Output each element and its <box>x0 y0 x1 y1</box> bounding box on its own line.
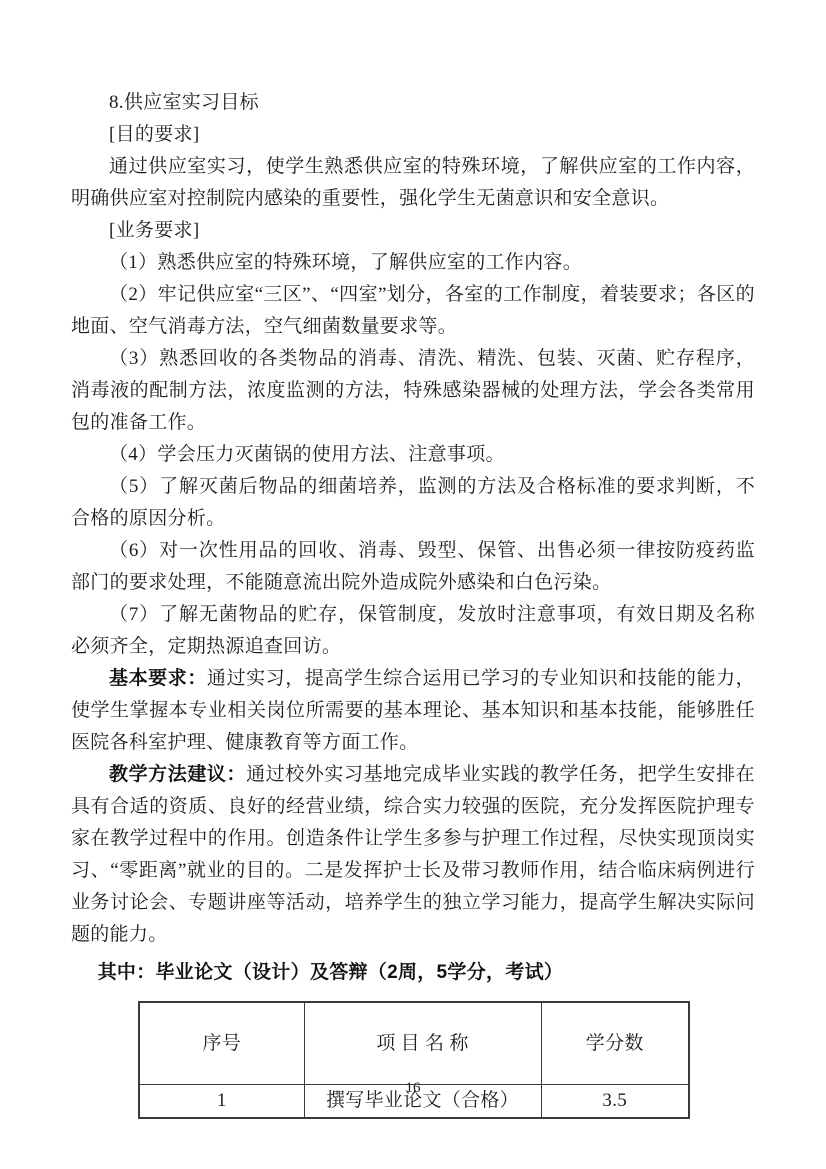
thesis-defense-line: 其中：毕业论文（设计）及答辩（2周，5学分，考试） <box>71 957 755 989</box>
teaching-method-label: 教学方法建议： <box>109 764 246 785</box>
purpose-paragraph: 通过供应室实习，使学生熟悉供应室的特殊环境，了解供应室的工作内容，明确供应室对控… <box>71 151 755 215</box>
requirement-item-6: （6）对一次性用品的回收、消毒、毁型、保管、出售必须一律按防疫药监部门的要求处理… <box>71 535 755 599</box>
requirement-item-3: （3）熟悉回收的各类物品的消毒、清洗、精洗、包装、灭菌、贮存程序，消毒液的配制方… <box>71 343 755 439</box>
section-title: 8.供应室实习目标 <box>71 87 755 119</box>
teaching-method-text: 通过校外实习基地完成毕业实践的教学任务，把学生安排在具有合适的资质、良好的经营业… <box>71 764 755 945</box>
credits-table: 序号 项 目 名 称 学分数 1 撰写毕业论文（合格） 3.5 <box>138 1001 690 1119</box>
requirement-item-7: （7）了解无菌物品的贮存，保管制度，发放时注意事项，有效日期及名称必须齐全，定期… <box>71 599 755 663</box>
requirement-item-5: （5）了解灭菌后物品的细菌培养，监测的方法及合格标准的要求判断，不合格的原因分析… <box>71 471 755 535</box>
col-header-credits: 学分数 <box>541 1002 689 1085</box>
page-number: 16 <box>0 1080 826 1097</box>
requirement-item-1: （1）熟悉供应室的特殊环境，了解供应室的工作内容。 <box>71 247 755 279</box>
col-header-project-name: 项 目 名 称 <box>304 1002 541 1085</box>
credits-table-header-row: 序号 项 目 名 称 学分数 <box>139 1002 689 1085</box>
basic-requirements-label: 基本要求： <box>109 668 207 689</box>
document-body: 8.供应室实习目标 [目的要求] 通过供应室实习，使学生熟悉供应室的特殊环境，了… <box>71 87 755 1119</box>
requirement-item-4: （4）学会压力灭菌锅的使用方法、注意事项。 <box>71 439 755 471</box>
business-requirements-header: [业务要求] <box>71 215 755 247</box>
document-page: 8.供应室实习目标 [目的要求] 通过供应室实习，使学生熟悉供应室的特殊环境，了… <box>0 0 826 1169</box>
requirement-item-2: （2）牢记供应室“三区”、“四室”划分，各室的工作制度，着装要求；各区的地面、空… <box>71 279 755 343</box>
teaching-method-paragraph: 教学方法建议：通过校外实习基地完成毕业实践的教学任务，把学生安排在具有合适的资质… <box>71 759 755 951</box>
purpose-requirements-header: [目的要求] <box>71 119 755 151</box>
basic-requirements-paragraph: 基本要求：通过实习，提高学生综合运用已学习的专业知识和技能的能力，使学生掌握本专… <box>71 663 755 759</box>
col-header-serial-number: 序号 <box>139 1002 304 1085</box>
